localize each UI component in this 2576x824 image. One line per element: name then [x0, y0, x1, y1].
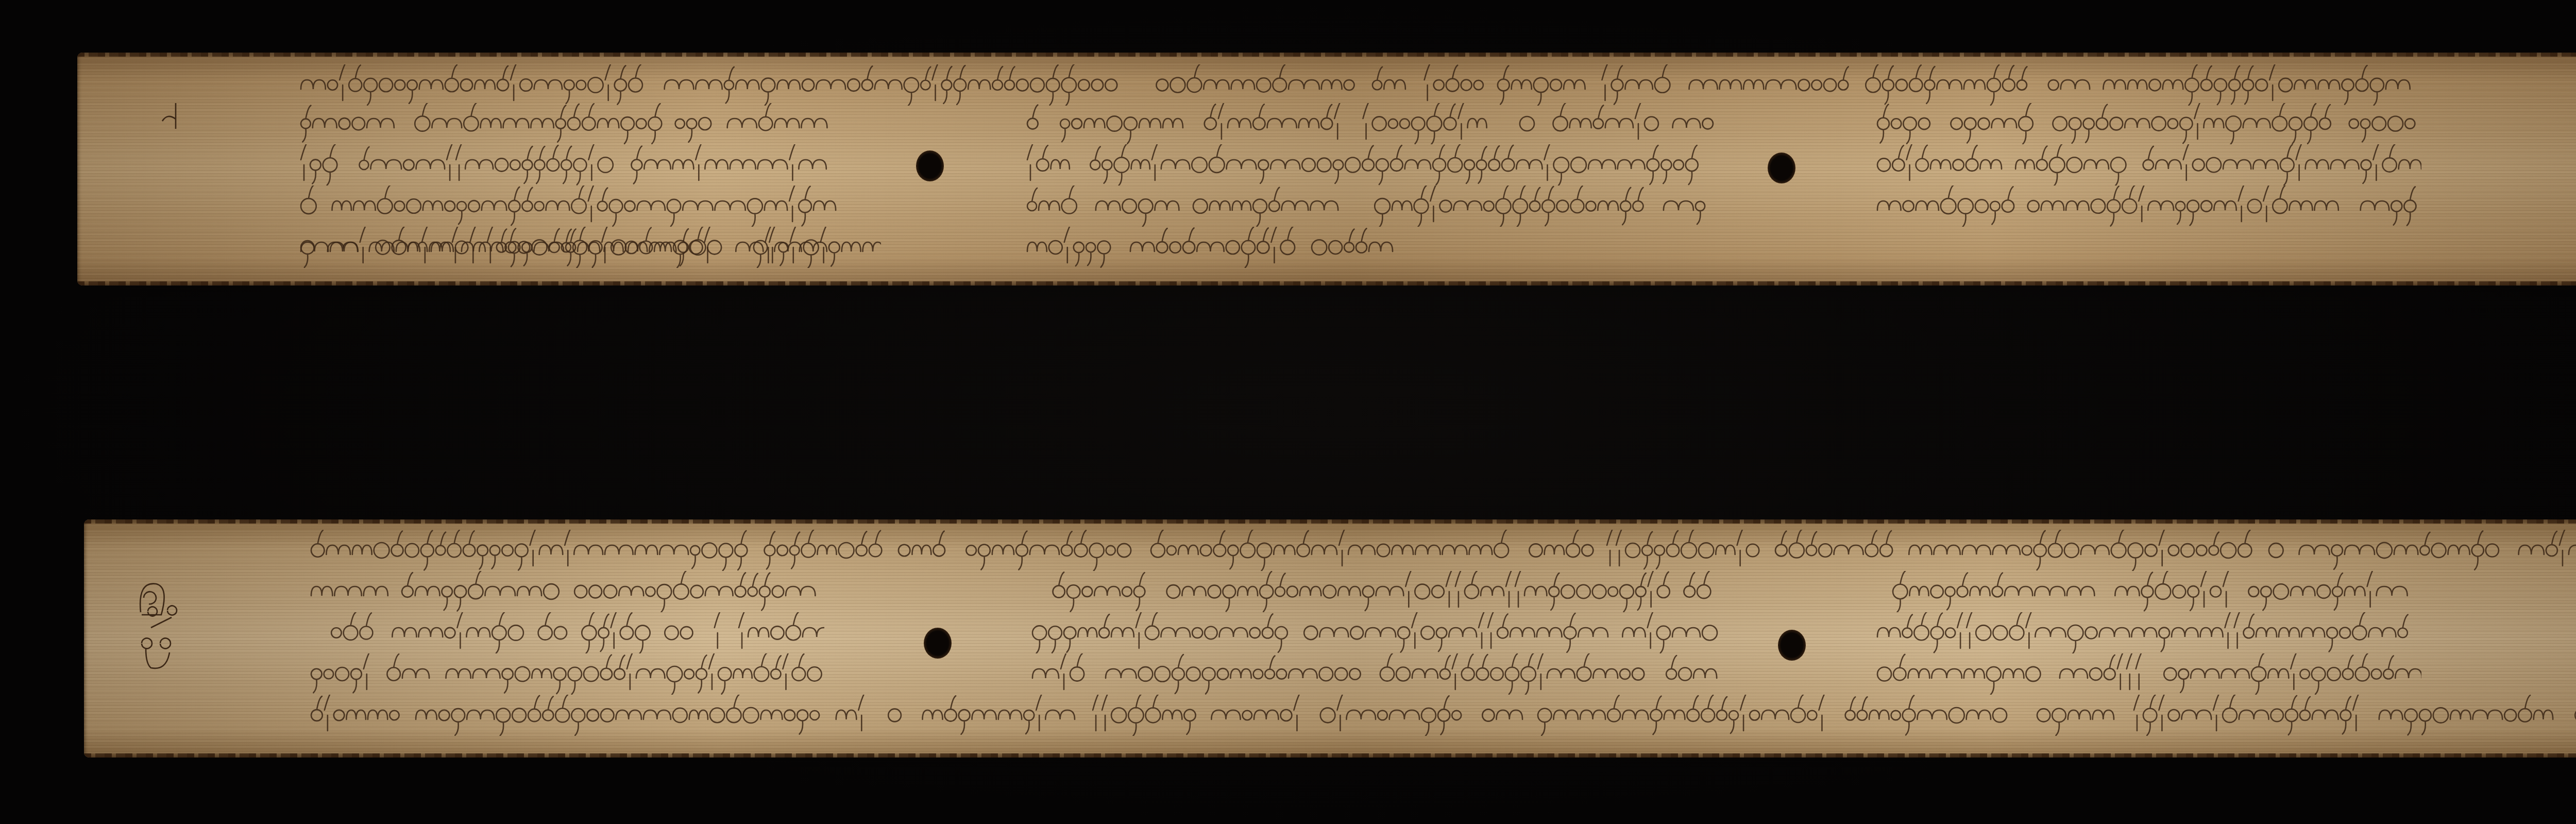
- script-line: [1025, 186, 1721, 227]
- script-line: [1875, 103, 2421, 144]
- leaf-edge-top-wear: [77, 53, 2576, 57]
- script-line: [299, 227, 881, 268]
- folio-label-glyphs: [130, 576, 187, 676]
- script-line: [1025, 227, 1396, 268]
- string-hole: [1778, 630, 1806, 661]
- script-line: [1030, 571, 1726, 612]
- page-numeral-glyph: [157, 98, 188, 136]
- script-line: [1025, 144, 1721, 186]
- script-line: [1875, 186, 2421, 227]
- script-line: [309, 612, 824, 653]
- leaf-top: [77, 53, 2576, 285]
- script-line: [309, 571, 824, 612]
- script-line: [1875, 144, 2421, 186]
- script-line: [1030, 653, 1726, 695]
- script-line: [1875, 653, 2421, 695]
- script-line: [1875, 571, 2421, 612]
- script-line: [309, 695, 2576, 736]
- script-line: [309, 530, 2576, 571]
- leaf-edge-top-wear: [84, 519, 2576, 524]
- leaf-edge-bottom-wear: [77, 281, 2576, 285]
- string-hole: [916, 150, 944, 181]
- script-line: [299, 144, 840, 186]
- script-line: [299, 186, 840, 227]
- script-line: [1030, 612, 1726, 653]
- script-line: [1875, 612, 2421, 653]
- script-line: [309, 653, 824, 695]
- leaf-bottom: [84, 519, 2576, 758]
- script-line: [299, 103, 840, 144]
- script-line: [1025, 103, 1721, 144]
- script-line: [299, 64, 2421, 106]
- string-hole: [924, 628, 952, 659]
- string-hole: [1768, 153, 1795, 183]
- leaf-edge-bottom-wear: [84, 753, 2576, 758]
